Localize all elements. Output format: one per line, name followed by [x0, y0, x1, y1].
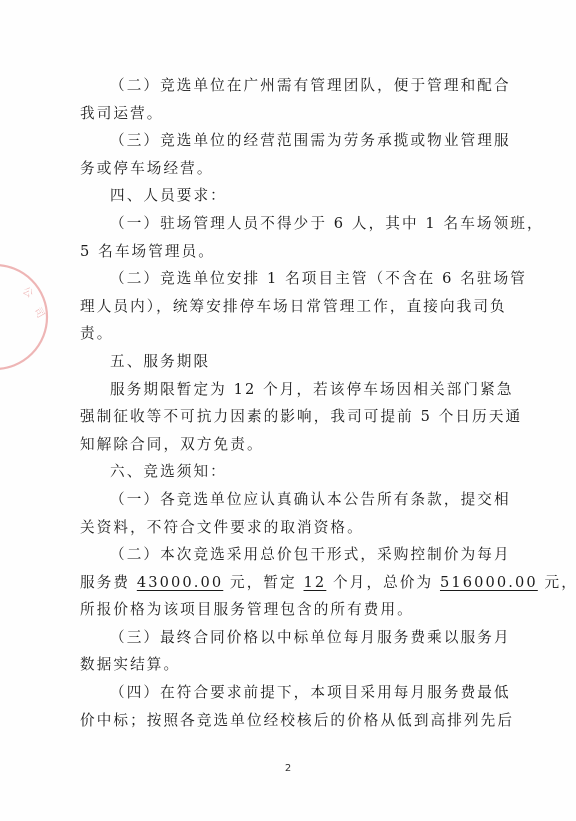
- paragraph-line: 数据实结算。: [80, 651, 490, 679]
- paragraph-line: 所报价格为该项目服务管理包含的所有费用。: [80, 596, 490, 624]
- months-value: 12: [304, 574, 327, 591]
- paragraph-line: 理人员内），统筹安排停车场日常管理工作，直接向我司负: [80, 293, 490, 321]
- paragraph-line: 关资料，不符合文件要求的取消资格。: [80, 514, 490, 542]
- paragraph-line: （一）各竞选单位应认真确认本公告所有条款，提交相: [80, 486, 490, 514]
- paragraph-line: 务或停车场经营。: [80, 155, 490, 183]
- svg-text:司: 司: [31, 306, 46, 321]
- fee-after: 元，暂定: [223, 574, 303, 591]
- paragraph-line: （二）本次竞选采用总价包干形式，采购控制价为每月: [80, 541, 490, 569]
- paragraph-line: 知解除合同，双方免责。: [80, 431, 490, 459]
- paragraph-line: （三）竞选单位的经营范围需为劳务承揽或物业管理服: [80, 127, 490, 155]
- paragraph-line: 责。: [80, 320, 490, 348]
- months-after: 个月，总价为: [326, 574, 440, 591]
- section-heading-personnel: 四、人员要求：: [80, 182, 490, 210]
- paragraph-line: （三）最终合同价格以中标单位每月服务费乘以服务月: [80, 624, 490, 652]
- paragraph-line: 5 名车场管理员。: [80, 238, 490, 266]
- page-number: 2: [0, 763, 576, 774]
- document-page: 公 司 （二）竞选单位在广州需有管理团队，便于管理和配合 我司运营。 （三）竞选…: [0, 0, 576, 821]
- total-price-value: 516000.00: [440, 574, 538, 591]
- paragraph-line: （四）在符合要求前提下，本项目采用每月服务费最低: [80, 679, 490, 707]
- monthly-fee-value: 43000.00: [137, 574, 223, 591]
- paragraph-line: 我司运营。: [80, 100, 490, 128]
- fee-line: 服务费 43000.00 元，暂定 12 个月，总价为 516000.00 元，: [80, 569, 490, 597]
- company-seal-stamp: 公 司: [0, 262, 60, 372]
- fee-suffix: 元，: [538, 574, 576, 591]
- svg-text:公: 公: [20, 285, 35, 300]
- paragraph-line: （二）竞选单位安排 1 名项目主管（不含在 6 名驻场管: [80, 265, 490, 293]
- section-heading-bidding-notes: 六、竞选须知：: [80, 458, 490, 486]
- document-body: （二）竞选单位在广州需有管理团队，便于管理和配合 我司运营。 （三）竞选单位的经…: [80, 72, 490, 734]
- paragraph-line: 价中标；按照各竞选单位经校核后的价格从低到高排列先后: [80, 707, 490, 735]
- fee-prefix: 服务费: [80, 574, 137, 591]
- paragraph-line: 强制征收等不可抗力因素的影响，我司可提前 5 个日历天通: [80, 403, 490, 431]
- paragraph-line: （一）驻场管理人员不得少于 6 人，其中 1 名车场领班，: [80, 210, 490, 238]
- paragraph-line: 服务期限暂定为 12 个月，若该停车场因相关部门紧急: [80, 376, 490, 404]
- paragraph-line: （二）竞选单位在广州需有管理团队，便于管理和配合: [80, 72, 490, 100]
- section-heading-service-period: 五、服务期限: [80, 348, 490, 376]
